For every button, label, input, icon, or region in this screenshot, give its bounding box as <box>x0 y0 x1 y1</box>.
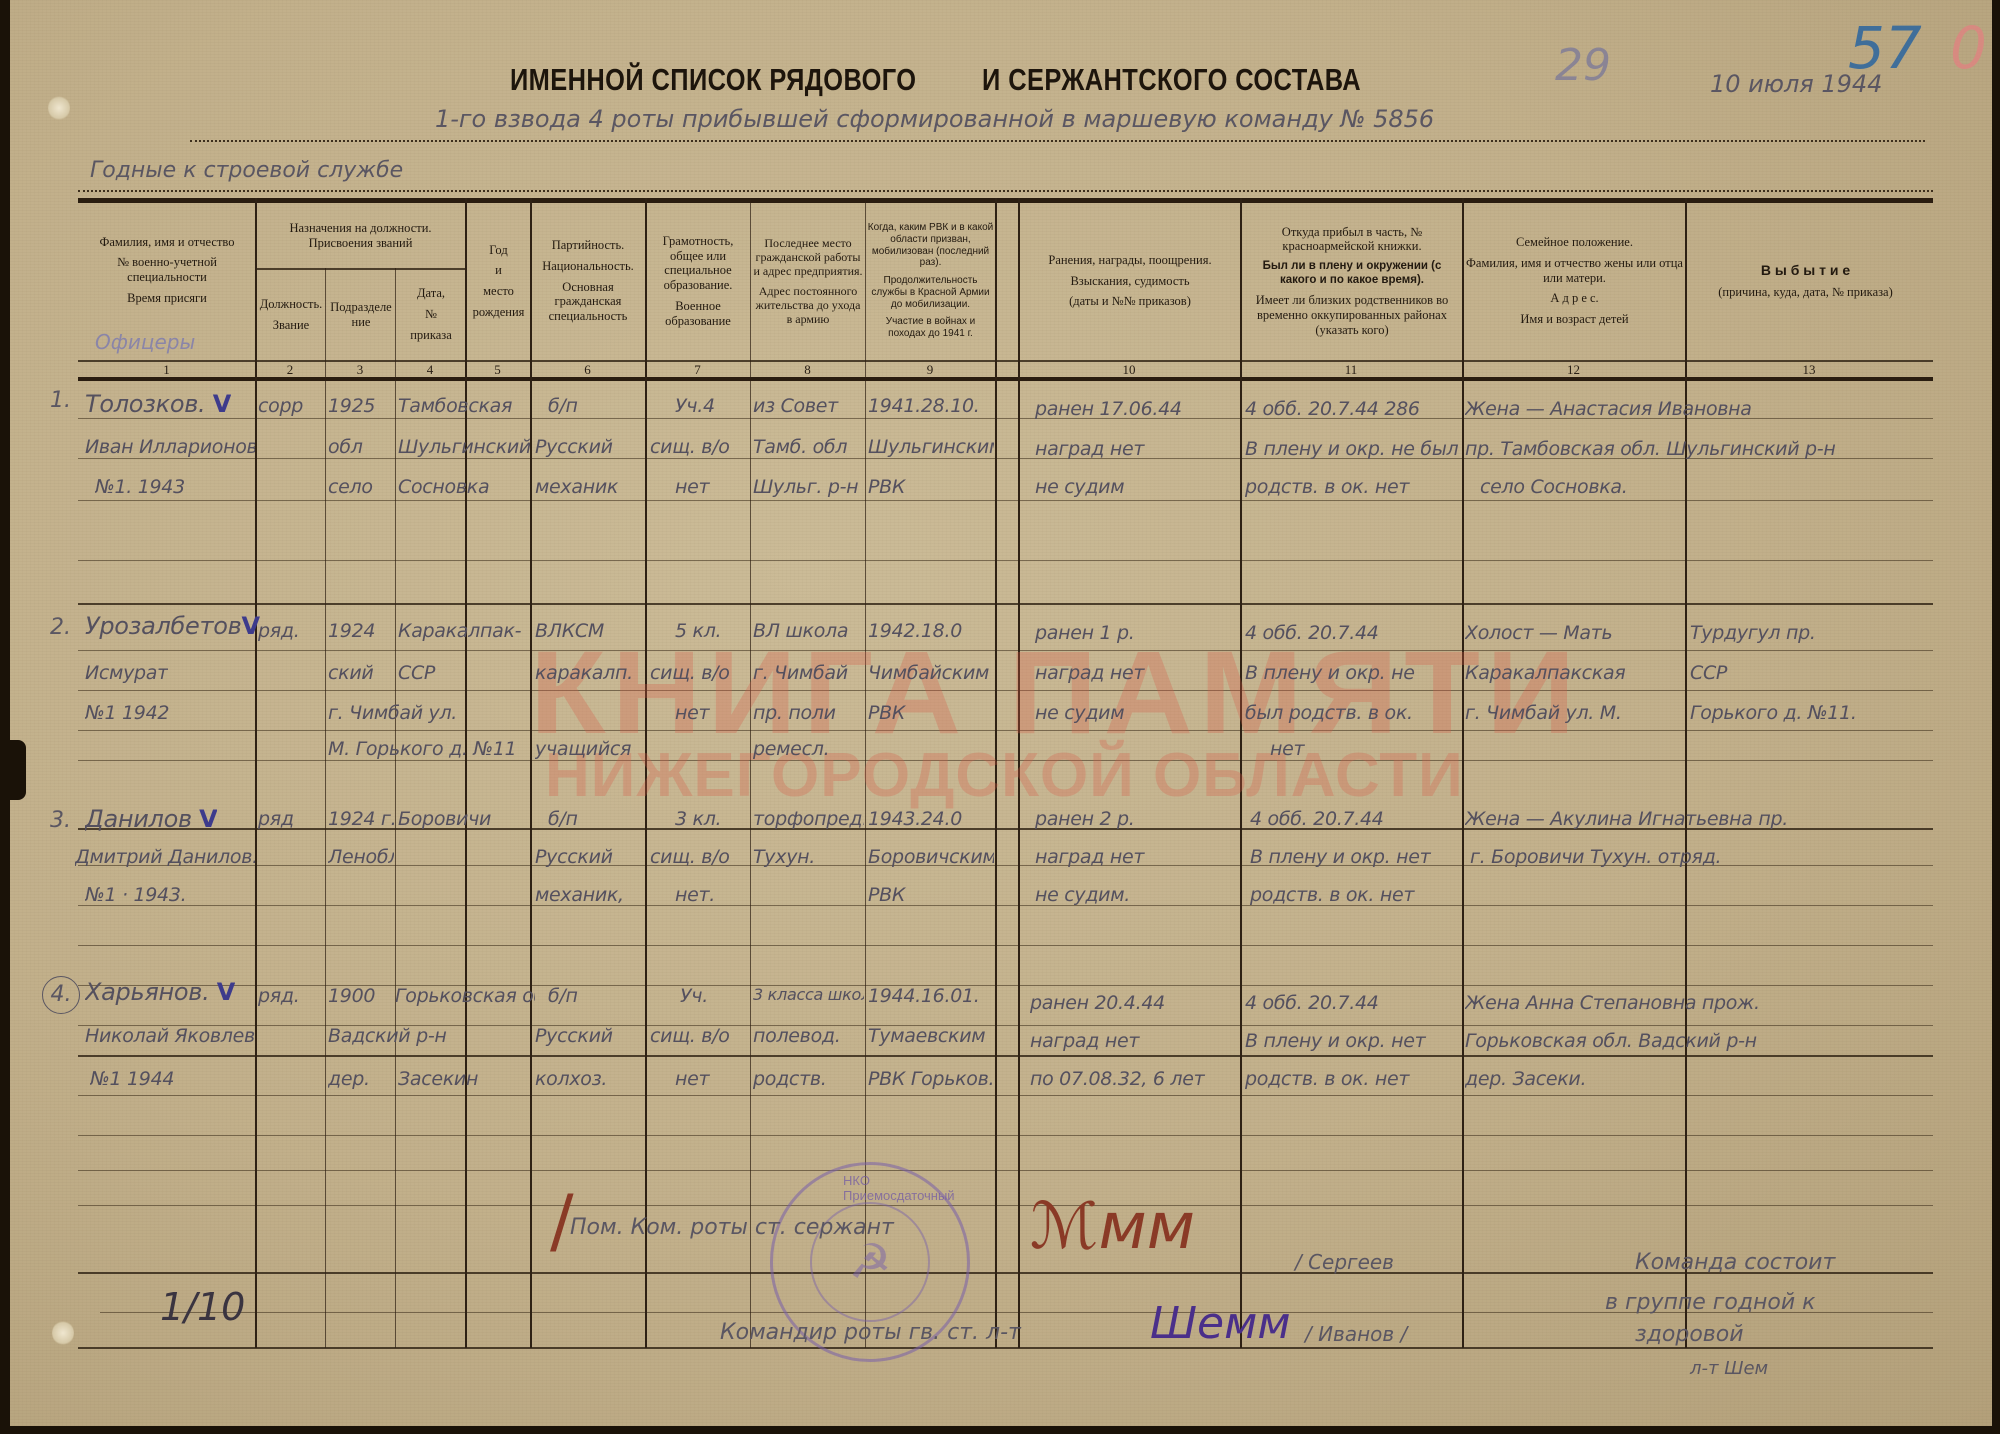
cell-name: Иван Илларионов. <box>85 436 255 458</box>
cell-wounds-awards: наград нет <box>1035 438 1235 460</box>
cell-workplace: из Совет <box>753 395 864 417</box>
header-col-9: Когда, каким РВК и в какой области призв… <box>867 205 994 357</box>
header-col-13: В ы б ы т и е (причина, куда, дата, № пр… <box>1688 205 1923 357</box>
cell-birthplace: Каракалпак- <box>398 620 530 642</box>
column-number: 5 <box>465 362 530 378</box>
cell-conscription: РВК <box>868 702 994 724</box>
cell-party: Русский <box>535 1025 643 1047</box>
cell-party: б/п <box>548 808 643 830</box>
header-text: Фамилия, имя и отчество <box>99 235 234 250</box>
punch-hole <box>48 95 70 121</box>
header-text: Был ли в плену и окружении (с какого и п… <box>1244 260 1460 287</box>
cell-education: 3 кл. <box>675 808 749 830</box>
column-number: 11 <box>1240 362 1462 378</box>
column-number: 1 <box>78 362 255 378</box>
title-part-1: ИМЕННОЙ СПИСОК РЯДОВОГО <box>510 62 916 97</box>
cell-name: Харьянов. V <box>85 978 235 1006</box>
table-top-border <box>78 198 1933 203</box>
header-text: Фамилия, имя и отчество жены или отца ил… <box>1466 256 1683 286</box>
cell-conscription: 1943.24.0 <box>868 808 994 830</box>
header-text: Адрес постоянного жительства до ухода в … <box>752 284 864 326</box>
cell-name: Толозков. V <box>85 390 231 418</box>
cell-birthplace: Засекин <box>398 1068 530 1090</box>
cell-name: Данилов V <box>85 805 217 833</box>
cell-workplace: пр. поли <box>753 702 864 724</box>
footer-note-line: здоровой <box>1635 1322 1744 1347</box>
cell-family: дер. Засеки. <box>1465 1068 1765 1090</box>
document-date: 10 июля 1944 <box>1710 70 1882 98</box>
header-text: место <box>483 284 514 299</box>
header-col-10: Ранения, награды, поощрения. Взыскания, … <box>1022 205 1238 357</box>
cell-arrival: родств. в ок. нет <box>1245 476 1460 498</box>
cell-name: №1 1942 <box>85 702 169 724</box>
cell-workplace: полевод. <box>753 1025 864 1047</box>
cell-wounds-awards: не судим. <box>1035 884 1235 906</box>
cell-wounds-awards: наград нет <box>1035 662 1235 684</box>
cell-education: Уч.4 <box>675 395 749 417</box>
header-col-3: Подразделение <box>327 272 395 357</box>
cell-family: г. Боровичи Тухун. отряд. <box>1470 846 1910 868</box>
column-number: 9 <box>865 362 995 378</box>
row-line <box>78 760 1933 761</box>
check-mark: V <box>217 978 235 1006</box>
cell-family: Жена — Анастасия Ивановна <box>1465 398 1905 420</box>
cell-party: ВЛКСМ <box>535 620 643 642</box>
header-text: Последнее место гражданской работы и адр… <box>752 236 864 278</box>
row-line <box>78 1347 1933 1349</box>
cell-workplace: г. Чимбай <box>753 662 864 684</box>
column-number: 2 <box>255 362 325 378</box>
header-text: (причина, куда, дата, № приказа) <box>1718 285 1893 300</box>
header-text: Подразделение <box>327 300 395 330</box>
cell-rank: сорр <box>258 395 324 417</box>
title-part-2: И СЕРЖАНТСКОГО СОСТАВА <box>982 62 1361 97</box>
header-text: Военное образование <box>647 299 749 329</box>
cell-birth: Ленобл. <box>328 846 394 868</box>
row-line <box>78 1170 1933 1171</box>
cell-party: Русский <box>535 436 643 458</box>
edge-tear <box>10 740 26 800</box>
cell-education: нет <box>675 476 749 498</box>
purple-signature: Шемм <box>1150 1298 1291 1349</box>
cell-name: Дмитрий Данилов. <box>75 846 255 868</box>
header-text: № <box>425 307 437 322</box>
unit-subtitle: 1-го взвода 4 роты прибывшей сформирован… <box>435 105 1434 133</box>
cell-conscription: 1941.28.10. <box>868 395 994 417</box>
cell-party: б/п <box>548 395 643 417</box>
cell-wounds-awards: ранен 20.4.44 <box>1030 992 1235 1014</box>
signature-line-1: Пом. Ком. роты ст. сержант <box>570 1215 894 1240</box>
header-text: Время присяги <box>127 291 207 306</box>
footer-note-line: Команда состоит <box>1635 1250 1835 1275</box>
cell-birthplace: Боровичи <box>398 808 530 830</box>
column-number: 10 <box>1018 362 1240 378</box>
col-border <box>325 268 326 1348</box>
column-number: 12 <box>1462 362 1685 378</box>
cell-birth: 1924 <box>328 620 394 642</box>
header-text: № военно-учетной специальности <box>82 255 252 285</box>
surname: Толозков. <box>85 390 205 418</box>
header-text: Дата, <box>417 286 445 301</box>
cell-arrival: В плену и окр. не был <box>1245 438 1460 460</box>
cell-education: нет <box>675 702 749 724</box>
cell-party: колхоз. <box>535 1068 643 1090</box>
category-subtitle: Годные к строевой службе <box>90 158 403 183</box>
document-title: ИМЕННОЙ СПИСОК РЯДОВОГОИ СЕРЖАНТСКОГО СО… <box>510 62 1297 98</box>
cell-conscription: 1942.18.0 <box>868 620 994 642</box>
cell-birth: г. Чимбай ул. <box>328 702 528 724</box>
column-number: 7 <box>645 362 750 378</box>
row-line <box>78 905 1933 906</box>
cell-party: б/п <box>548 985 643 1007</box>
header-col-8: Последнее место гражданской работы и адр… <box>752 205 864 357</box>
archive-document-sheet: 29 57 0 10 июля 1944 ИМЕННОЙ СПИСОК РЯДО… <box>10 0 1992 1426</box>
cell-wounds-awards: наград нет <box>1035 846 1235 868</box>
cell-arrival: 4 обб. 20.7.44 286 <box>1245 398 1460 420</box>
header-text: Назначения на должности. Присвоения зван… <box>258 221 463 251</box>
signature-name-2: / Иванов / <box>1305 1322 1407 1346</box>
header-text: Когда, каким РВК и в какой области призв… <box>867 222 994 269</box>
cell-conscription: Чимбайским <box>868 662 994 684</box>
cell-birthplace: Тамбовская <box>398 395 530 417</box>
cell-arrival: В плену и окр. нет <box>1250 846 1460 868</box>
header-text: Год <box>489 243 507 258</box>
red-signature: ℳмм <box>1030 1190 1195 1264</box>
cell-education: Уч. <box>680 985 749 1007</box>
cell-birth: село <box>328 476 394 498</box>
column-number: 8 <box>750 362 865 378</box>
cell-conscription: РВК Горьков. <box>868 1068 1013 1090</box>
cell-arrival: 4 обб. 20.7.44 <box>1250 808 1460 830</box>
row-line <box>78 650 1933 651</box>
cell-family: село Сосновка. <box>1480 476 1780 498</box>
row-line <box>78 560 1933 561</box>
header-text: (даты и №№ приказов) <box>1069 294 1191 309</box>
header-text: Партийность. <box>552 238 625 253</box>
cell-name: №1 1944 <box>90 1068 174 1090</box>
header-text: Должность. <box>260 297 323 312</box>
header-col-1: Фамилия, имя и отчество № военно-учетной… <box>82 205 252 335</box>
cell-workplace: 3 класса школ. <box>753 985 864 1004</box>
subtitle-dotted-line <box>190 140 1925 142</box>
cell-party: учащийся <box>535 738 643 760</box>
header-col-4: Дата, № приказа <box>397 272 465 357</box>
cell-conscription: Боровичским <box>868 846 994 868</box>
cell-wounds-awards: не судим <box>1035 702 1235 724</box>
cell-arrival: родств. в ок. нет <box>1245 1068 1460 1090</box>
subtitle2-dotted-line <box>78 190 1933 192</box>
surname: Урозалбетов <box>85 612 241 640</box>
cell-name: №1 · 1943. <box>85 884 186 906</box>
cell-workplace: Тамб. обл <box>753 436 864 458</box>
header-text: приказа <box>410 328 452 343</box>
row-line <box>78 690 1933 691</box>
cell-arrival: 4 обб. 20.7.44 <box>1245 992 1460 1014</box>
stamp-text: НКО Приемосдаточный <box>843 1173 967 1203</box>
cell-rank: ряд <box>258 808 324 830</box>
header-text: Продолжительность службы в Красной Армии… <box>867 275 994 310</box>
header-col-7: Грамотность, общее или специальное образ… <box>647 205 749 357</box>
cell-birthplace: Вадский р-н <box>328 1025 528 1047</box>
header-text: рождения <box>473 305 525 320</box>
check-mark: V <box>241 612 259 640</box>
cell-party: механик <box>535 476 643 498</box>
header-text: Участие в войнах и походах до 1941 г. <box>867 316 994 340</box>
cell-arrival: 4 обб. 20.7.44 <box>1245 622 1460 644</box>
cell-conscription: РВК <box>868 476 994 498</box>
header-text: Семейное положение. <box>1516 235 1633 250</box>
header-text: А д р е с. <box>1550 291 1598 306</box>
page-number-red: 0 <box>1950 14 1987 82</box>
header-col-12: Семейное положение. Фамилия, имя и отчес… <box>1466 205 1683 357</box>
cell-rank: ряд. <box>258 620 324 642</box>
header-text: Взыскания, судимость <box>1070 274 1189 289</box>
header-text: В ы б ы т и е <box>1761 262 1850 279</box>
cell-name: УрозалбетовV <box>85 612 260 640</box>
cell-workplace: ремесл. <box>753 738 864 760</box>
cell-birthplace: Сосновка <box>398 476 530 498</box>
header-col-2: Должность. Звание <box>257 272 325 357</box>
cell-birth: 1925 <box>328 395 394 417</box>
col-border <box>995 198 997 1348</box>
cell-birth: дер. <box>328 1068 394 1090</box>
cell-wounds-awards: ранен 2 р. <box>1035 808 1235 830</box>
cell-education: сищ. в/о <box>650 436 749 458</box>
row-line <box>78 730 1933 731</box>
row-line <box>78 1205 1933 1206</box>
cell-workplace: Тухун. <box>753 846 864 868</box>
column-number: 4 <box>395 362 465 378</box>
cell-family: г. Чимбай ул. М. <box>1465 702 1683 724</box>
header-group-2-4: Назначения на должности. Присвоения зван… <box>258 205 463 267</box>
cell-arrival: В плену и окр. нет <box>1245 1030 1460 1052</box>
cell-birth: М. Горького д. №11 <box>328 738 528 760</box>
cell-education: нет <box>675 1068 749 1090</box>
header-text: Национальность. <box>542 259 634 274</box>
cell-arrival: был родств. в ок. <box>1245 702 1460 724</box>
cell-workplace: Шульг. р-н <box>753 476 864 498</box>
header-text: Звание <box>273 318 309 333</box>
cell-rank: ряд. <box>258 985 324 1007</box>
watermark-title: КНИГА ПАМЯТИ <box>530 625 1582 761</box>
cell-arrival: В плену и окр. не <box>1245 662 1460 684</box>
cell-conscription: РВК <box>868 884 994 906</box>
cell-birthplace: Шульгинский р-н <box>398 436 530 458</box>
cell-name: Николай Яковлев. <box>85 1025 255 1047</box>
archive-number: 29 <box>1555 40 1611 91</box>
row-line <box>78 500 1933 501</box>
cell-family: Каракалпакская <box>1465 662 1683 684</box>
cell-party: Русский <box>535 846 643 868</box>
signature-name-1: / Сергеев <box>1295 1250 1394 1274</box>
header-text: Имеет ли близких родственников во времен… <box>1244 293 1460 337</box>
cell-arrival: нет <box>1270 738 1420 760</box>
row-index: 3. <box>50 808 71 833</box>
header-col-5: Год и место рождения <box>467 205 530 357</box>
cell-workplace: торфопред. <box>753 808 864 830</box>
column-number: 3 <box>325 362 395 378</box>
row-line <box>78 1095 1933 1096</box>
row-index: 1. <box>50 388 71 413</box>
cell-departure: ССР <box>1690 662 1920 684</box>
cell-birth: ский <box>328 662 394 684</box>
cell-wounds-awards: по 07.08.32, 6 лет <box>1030 1068 1240 1090</box>
col-border <box>395 268 396 1348</box>
cell-family: Жена — Акулина Игнатьевна пр. <box>1465 808 1905 830</box>
row-line <box>78 1135 1933 1136</box>
sheet-number: 1/10 <box>160 1285 245 1329</box>
emblem-icon: ☭ <box>848 1234 891 1290</box>
punch-hole <box>52 1320 74 1346</box>
cell-education: сищ. в/о <box>650 1025 749 1047</box>
header-text: Откуда прибыл в часть, № красноармейской… <box>1244 225 1460 255</box>
cell-wounds-awards: ранен 17.06.44 <box>1035 398 1235 420</box>
cell-education: 5 кл. <box>675 620 749 642</box>
cell-family: Холост — Мать <box>1465 622 1683 644</box>
cell-birthplace: Горьковская обл. <box>395 985 535 1007</box>
cell-workplace: ВЛ школа <box>753 620 864 642</box>
cell-conscription: 1944.16.01. <box>868 985 994 1007</box>
check-mark: V <box>199 805 217 833</box>
column-number: 13 <box>1685 362 1933 378</box>
row-line <box>78 945 1933 946</box>
cell-education: сищ. в/о <box>650 846 749 868</box>
cell-wounds-awards: не судим <box>1035 476 1235 498</box>
header-col-6: Партийность. Национальность. Основная гр… <box>532 205 644 357</box>
cell-conscription: Шульгинским <box>868 436 994 458</box>
header-text: Ранения, награды, поощрения. <box>1048 253 1211 268</box>
row-index: 4. <box>42 976 80 1014</box>
cell-wounds-awards: ранен 1 р. <box>1035 622 1235 644</box>
header-col-11: Откуда прибыл в часть, № красноармейской… <box>1244 205 1460 357</box>
footer-note-sign: л-т Шем <box>1690 1358 1768 1379</box>
row-index: 2. <box>50 615 71 640</box>
cell-party: механик, <box>535 884 643 906</box>
cell-family: пр. Тамбовская обл. Шульгинский р-н <box>1465 438 1905 460</box>
cell-family: Жена Анна Степановна прож. <box>1465 992 1905 1014</box>
cell-arrival: родств. в ок. нет <box>1250 884 1460 906</box>
surname: Харьянов. <box>85 978 209 1006</box>
header-text: Имя и возраст детей <box>1520 312 1628 327</box>
cell-education: сищ. в/о <box>650 662 749 684</box>
signature-line-2: Командир роты гв. ст. л-т <box>720 1320 1021 1345</box>
cell-departure: Горького д. №11. <box>1690 702 1920 724</box>
cell-workplace: родств. <box>753 1068 864 1090</box>
header-text: Основная гражданская специальность <box>532 280 644 324</box>
header-text: Грамотность, общее или специальное образ… <box>647 234 749 293</box>
cell-birth: 1924 г. <box>328 808 394 830</box>
cell-departure: Турдугул пр. <box>1690 622 1920 644</box>
group-header-divider <box>255 268 465 270</box>
cell-conscription: Тумаевским <box>868 1025 994 1047</box>
cell-wounds-awards: наград нет <box>1030 1030 1235 1052</box>
cell-education: нет. <box>675 884 749 906</box>
record-separator <box>78 1055 1933 1057</box>
check-mark: V <box>213 390 231 418</box>
cell-name: №1. 1943 <box>95 476 185 498</box>
record-separator <box>78 603 1933 605</box>
cell-party: каракалп. <box>535 662 643 684</box>
header-handnote: Офицеры <box>95 330 195 354</box>
cell-birth: 1900 <box>328 985 394 1007</box>
cell-family: Горьковская обл. Вадский р-н <box>1465 1030 1905 1052</box>
footer-note-line: в группе годной к <box>1605 1290 1815 1315</box>
cell-birthplace: ССР <box>398 662 464 684</box>
header-text: и <box>495 263 502 278</box>
cell-name: Исмурат <box>85 662 168 684</box>
column-number: 6 <box>530 362 645 378</box>
surname: Данилов <box>85 805 192 833</box>
cell-birth: обл <box>328 436 394 458</box>
